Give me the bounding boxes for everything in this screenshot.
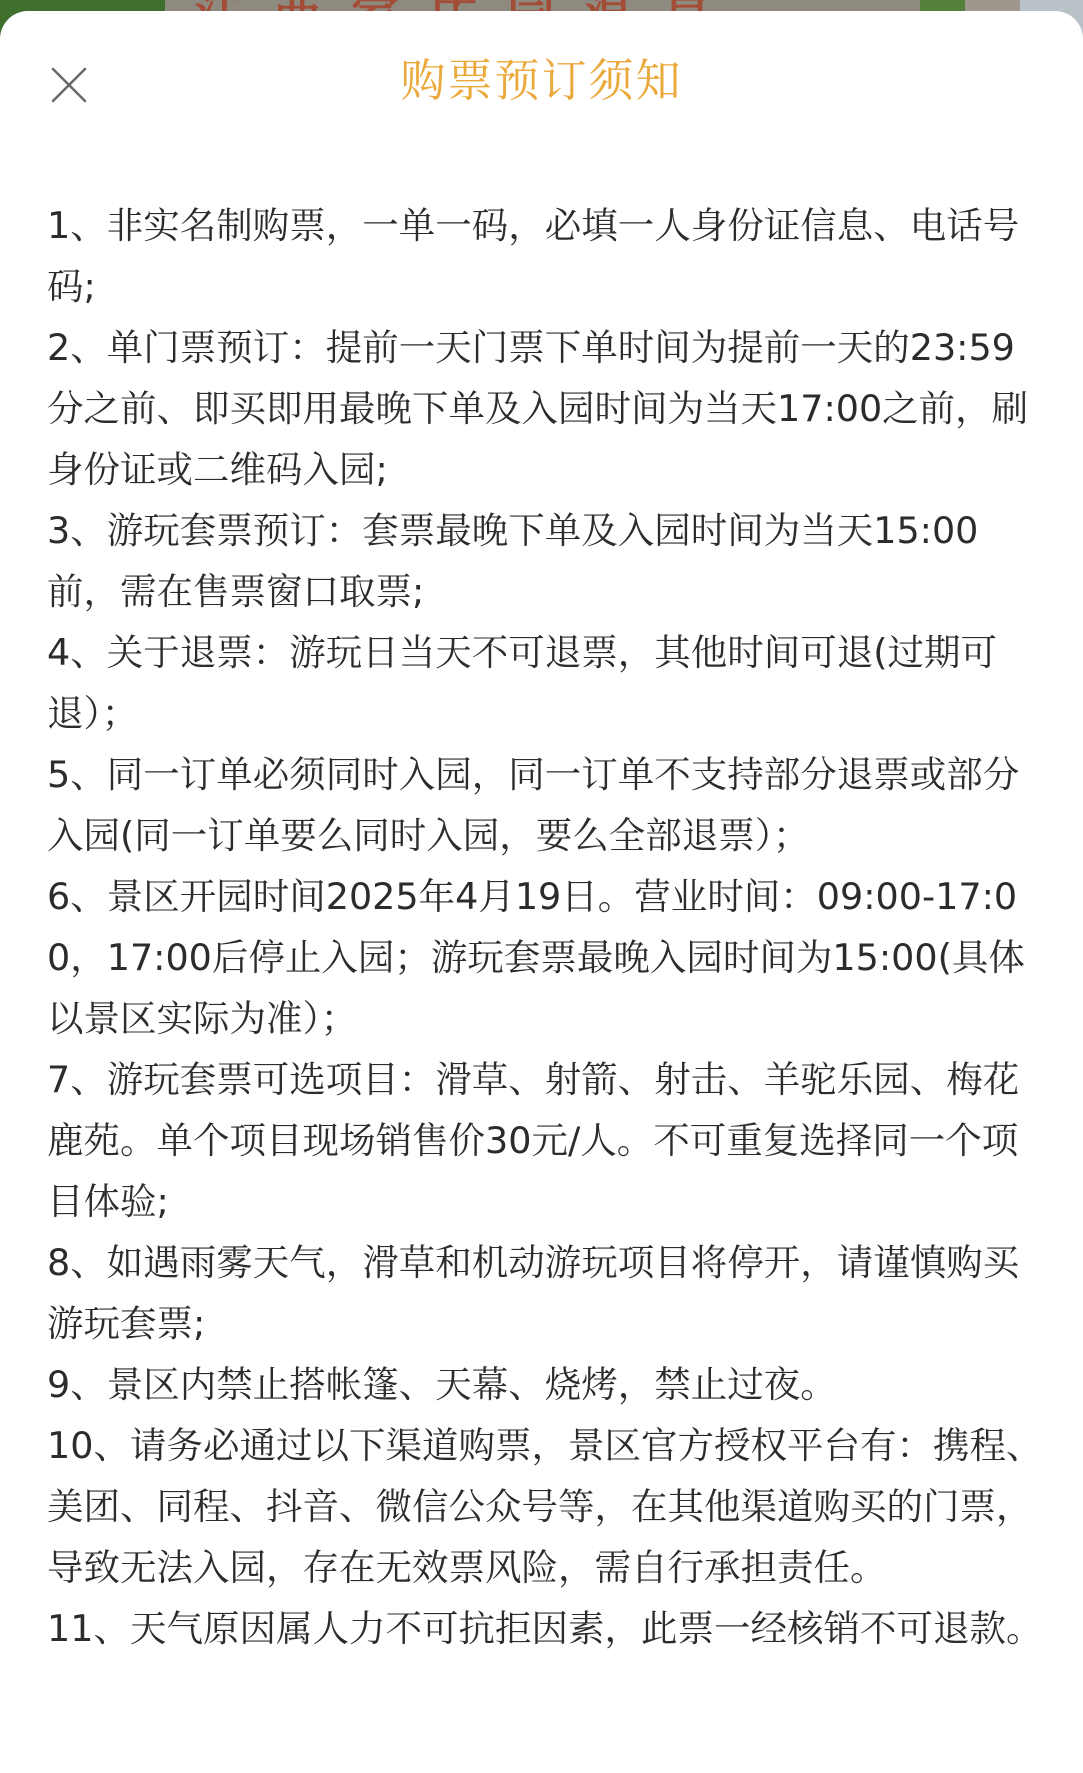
- notice-item-3: 3、游玩套票预订：套票最晚下单及入园时间为当天15:00前，需在售票窗口取票;: [47, 500, 1047, 622]
- notice-item-10: 10、请务必通过以下渠道购票，景区官方授权平台有：携程、美团、同程、抖音、微信公…: [47, 1415, 1047, 1598]
- dialog-title: 购票预订须知: [0, 49, 1083, 113]
- notice-item-8: 8、如遇雨雾天气，滑草和机动游玩项目将停开，请谨慎购买游玩套票;: [47, 1232, 1047, 1354]
- booking-notice-sheet: 购票预订须知 1、非实名制购票，一单一码，必填一人身份证信息、电话号码; 2、单…: [0, 11, 1083, 1773]
- notice-item-5: 5、同一订单必须同时入园，同一订单不支持部分退票或部分入园(同一订单要么同时入园…: [47, 744, 1047, 866]
- notice-item-4: 4、关于退票：游玩日当天不可退票，其他时间可退(过期可退）；: [47, 622, 1047, 744]
- notice-item-6: 6、景区开园时间2025年4月19日。营业时间：09:00-17:00，17:0…: [47, 866, 1047, 1049]
- notice-item-7: 7、游玩套票可选项目：滑草、射箭、射击、羊驼乐园、梅花鹿苑。单个项目现场销售价3…: [47, 1049, 1047, 1232]
- notice-item-9: 9、景区内禁止搭帐篷、天幕、烧烤，禁止过夜。: [47, 1354, 1047, 1415]
- notice-item-1: 1、非实名制购票，一单一码，必填一人身份证信息、电话号码;: [47, 195, 1047, 317]
- notice-list: 1、非实名制购票，一单一码，必填一人身份证信息、电话号码; 2、单门票预订：提前…: [47, 195, 1047, 1659]
- notice-item-2: 2、单门票预订：提前一天门票下单时间为提前一天的23:59分之前、即买即用最晚下…: [47, 317, 1047, 500]
- notice-item-11: 11、天气原因属人力不可抗拒因素，此票一经核销不可退款。: [47, 1598, 1047, 1659]
